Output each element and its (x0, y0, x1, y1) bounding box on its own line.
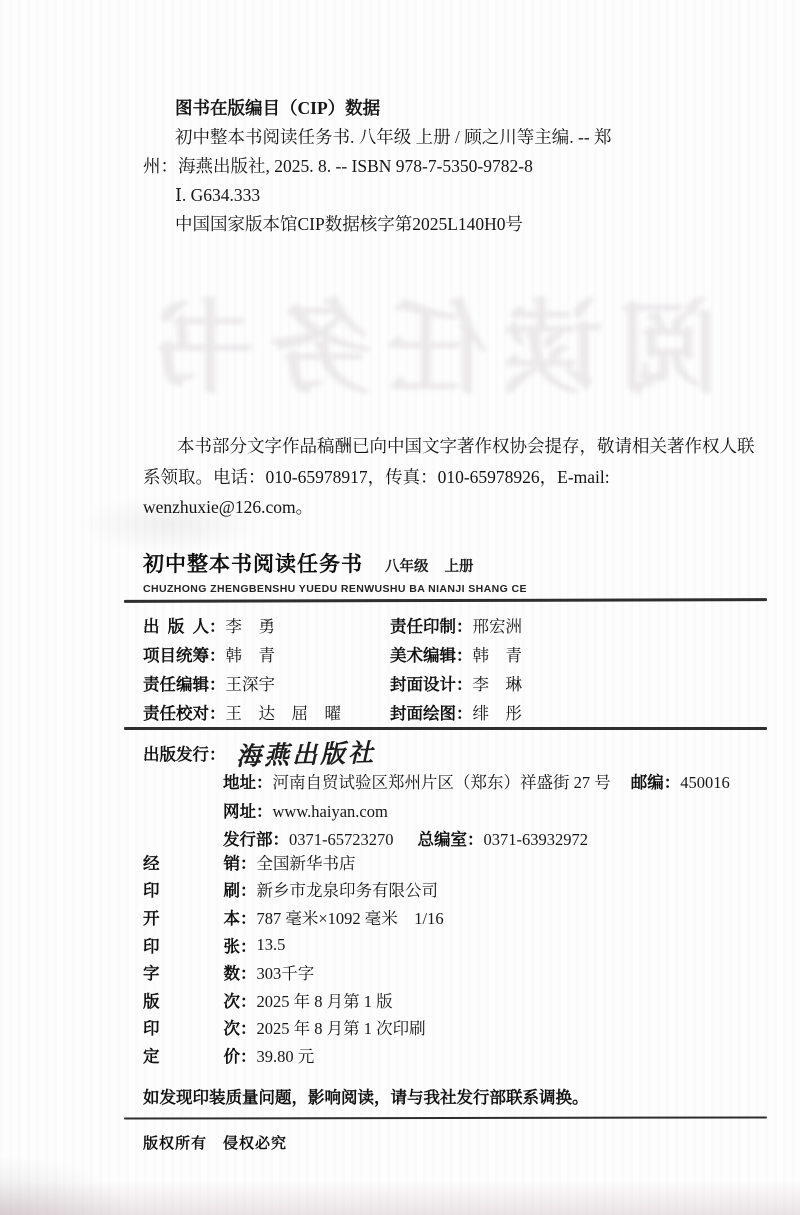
credit-label: 责任编辑 (143, 671, 209, 695)
info-label: 印刷 (143, 877, 240, 901)
info-label: 开本 (143, 905, 240, 929)
credit-label: 项目统筹 (143, 642, 209, 666)
distribution-phone: 0371-65723270 (289, 830, 394, 849)
copyright-statement: 版权所有 侵权必究 (143, 1132, 287, 1153)
info-value: 39.80 元 (257, 1043, 315, 1067)
postcode-label: 邮编 (631, 770, 664, 798)
cip-line-class: Ⅰ. G634.333 (143, 181, 771, 210)
rights-notice: 本书部分文字作品稿酬已向中国文字著作权协会提存，敬请相关著作权人联 系领取。电话… (143, 431, 763, 523)
editorial-office-phone: 0371-63932972 (484, 830, 589, 849)
credits-row: 责任校对：王 达 屈 曜 封面绘图：绯 彤 (143, 697, 713, 726)
credit-label: 责任印制 (390, 613, 456, 637)
credit-value: 李 勇 (226, 617, 276, 636)
info-value: 787 毫米×1092 毫米 1/16 (257, 905, 444, 929)
cip-line-isbn: 州：海燕出版社, 2025. 8. -- ISBN 978-7-5350-978… (143, 152, 771, 181)
cip-line-title: 初中整本书阅读任务书. 八年级 上册 / 顾之川等主编. -- 郑 (143, 123, 771, 152)
info-row: 印刷：新乡市龙泉印务有限公司 (143, 876, 763, 904)
credit-value: 李 琳 (473, 675, 523, 694)
book-volume: 上册 (445, 559, 474, 575)
credit-label: 出版人 (143, 613, 209, 637)
info-row: 印张：13.5 (143, 931, 763, 959)
info-label: 字数 (143, 960, 240, 984)
info-value: 新乡市龙泉印务有限公司 (257, 877, 439, 901)
page-edge-shadow (0, 1181, 800, 1215)
credit-value: 王深宇 (226, 675, 276, 694)
credit-value: 韩 青 (226, 646, 276, 665)
info-value: 2025 年 8 月第 1 次印刷 (257, 1015, 426, 1039)
info-row: 印次：2025 年 8 月第 1 次印刷 (143, 1014, 763, 1042)
divider-bottom (124, 1116, 767, 1119)
divider-top (124, 598, 767, 602)
info-row: 经销：全国新华书店 (143, 848, 763, 876)
website-value: www.haiyan.com (273, 802, 388, 821)
info-row: 字数：303千字 (143, 958, 763, 986)
info-row: 定价：39.80 元 (143, 1041, 763, 1069)
book-grade: 八年级 (385, 559, 429, 575)
rights-notice-line2: 系领取。电话：010-65978917，传真：010-65978926，E-ma… (143, 462, 763, 523)
publisher-name: 海燕出版社 (235, 733, 376, 773)
copyright-page: 图书在版编目（CIP）数据 初中整本书阅读任务书. 八年级 上册 / 顾之川等主… (0, 0, 800, 1215)
credit-label: 封面绘图 (390, 700, 456, 724)
credit-label: 责任校对 (143, 700, 209, 724)
info-label: 印张 (143, 933, 240, 957)
credit-label: 美术编辑 (390, 642, 456, 666)
info-label: 印次 (143, 1015, 240, 1039)
address-label: 地址 (223, 770, 256, 798)
cip-line-record: 中国国家版本馆CIP数据核字第2025L140H0号 (143, 210, 771, 239)
credits-table: 出版人：李 勇 责任印制：邢宏洲 项目统筹：韩 青 美术编辑：韩 青 责任编辑：… (143, 610, 713, 726)
cip-block: 图书在版编目（CIP）数据 初中整本书阅读任务书. 八年级 上册 / 顾之川等主… (143, 94, 771, 239)
title-block: 初中整本书阅读任务书八年级上册 CHUZHONG ZHENGBENSHU YUE… (143, 548, 527, 595)
info-row: 版次：2025 年 8 月第 1 版 (143, 986, 763, 1014)
credits-row: 出版人：李 勇 责任印制：邢宏洲 (143, 610, 713, 639)
cip-heading: 图书在版编目（CIP）数据 (143, 94, 771, 123)
divider-middle (124, 727, 767, 730)
print-info-list: 经销：全国新华书店 印刷：新乡市龙泉印务有限公司 开本：787 毫米×1092 … (143, 848, 763, 1069)
info-label: 版次 (143, 988, 240, 1012)
credit-value: 韩 青 (473, 646, 523, 665)
corner-shadow (0, 1155, 130, 1215)
info-label: 经销 (143, 850, 240, 874)
publisher-website-line: 网址：www.haiyan.com (223, 798, 763, 827)
info-value: 303千字 (257, 960, 315, 984)
book-title-pinyin: CHUZHONG ZHENGBENSHU YUEDU RENWUSHU BA N… (143, 583, 527, 595)
credit-value: 王 达 屈 曜 (226, 704, 342, 723)
info-row: 开本：787 毫米×1092 毫米 1/16 (143, 903, 763, 931)
credits-row: 责任编辑：王深宇 封面设计：李 琳 (143, 668, 713, 697)
address-value: 河南自贸试验区郑州片区（郑东）祥盛街 27 号 (273, 773, 611, 792)
info-value: 13.5 (257, 935, 286, 955)
publisher-block: 出版发行：海燕出版社 地址：河南自贸试验区郑州片区（郑东）祥盛街 27 号邮编：… (143, 737, 763, 855)
postcode-value: 450016 (680, 773, 730, 792)
info-value: 2025 年 8 月第 1 版 (257, 988, 393, 1012)
credit-value: 邢宏洲 (473, 617, 523, 636)
credit-value: 绯 彤 (473, 704, 523, 723)
website-label: 网址 (223, 799, 256, 827)
rights-notice-line1: 本书部分文字作品稿酬已向中国文字著作权协会提存，敬请相关著作权人联 (143, 431, 763, 462)
credits-row: 项目统筹：韩 青 美术编辑：韩 青 (143, 639, 713, 668)
publisher-label: 出版发行 (143, 741, 209, 765)
credit-label: 封面设计 (390, 671, 456, 695)
book-title: 初中整本书阅读任务书 (143, 553, 363, 576)
info-label: 定价 (143, 1043, 240, 1067)
quality-notice: 如发现印装质量问题，影响阅读，请与我社发行部联系调换。 (143, 1084, 589, 1108)
showthrough-watermark: 阅读任务书 (105, 268, 755, 408)
info-value: 全国新华书店 (257, 850, 356, 874)
title-line: 初中整本书阅读任务书八年级上册 (143, 548, 527, 578)
publisher-address-line: 地址：河南自贸试验区郑州片区（郑东）祥盛街 27 号邮编：450016 (223, 769, 763, 798)
